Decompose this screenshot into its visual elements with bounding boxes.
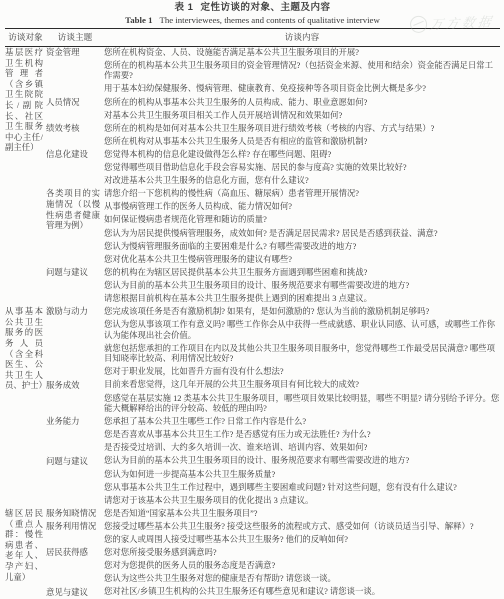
question-cell: 您从事基本公共卫生工作过程中，遇到哪些主要困难或问题? 针对这些问题，您有没有什… [104,481,500,494]
page: 万方数据 表 1定性访谈的对象、主题及内容 Table 1The intervi… [0,0,504,599]
question-cell: 就您包括您承担的工作项目在内以及其他公共卫生服务项目服务中，您觉得哪些工作最受居… [104,342,500,366]
subject-cell: 基层医疗卫生机构管理者（含乡镇卫生院院长/副院长、社区卫生服务中心主任/副主任） [5,46,46,306]
table-row: 信息化建设您觉得本机构的信息化建设做得怎么样? 存在哪些问题、阻碍? [5,149,500,162]
question-cell: 您感觉在基层实施 12 类基本公共卫生服务项目，哪些项目效果比较明显，哪些不明显… [104,392,500,416]
table-title-zh-text: 定性访谈的对象、主题及内容 [200,2,330,13]
question-cell: 如何保证慢病患者规范化管理和随访的质量? [104,214,500,227]
table-row: 各类项目的实施情况（以慢性病患者健康管理为例）请您介绍一下您机构的慢性病（高血压… [5,188,500,201]
theme-cell: 问题与建议 [46,267,104,306]
column-header-content: 访谈内容 [104,29,500,47]
question-cell: 您的家人或周围人接受过哪些基本公共卫生服务? 他们的反响如何? [104,534,500,547]
question-cell: 您认为目前的基本公共卫生服务项目的设计、服务规范要求有哪些需要改进的地方? [104,455,500,468]
question-cell: 您是否喜欢从事基本公共卫生工作? 是否感觉有压力或无法胜任? 为什么? [104,429,500,442]
table-row: 服务利用情况您接受过哪些基本公共卫生服务? 接受这些服务的流程或方式、感受如何（… [5,521,500,534]
theme-cell: 问题与建议 [46,455,104,507]
column-header-theme: 访谈主题 [46,29,104,47]
question-cell: 您所在机构资金、人员、设施能否满足基本公共卫生服务项目的开展? [104,46,500,60]
question-cell: 您对优化基本公共卫生慢病管理服务的建议有哪些? [104,253,500,266]
question-cell: 对基本公共卫生服务项目相关工作人员开展培训情况和效果如何? [104,109,500,122]
theme-cell: 意见与建议 [46,586,104,599]
theme-cell: 各类项目的实施情况（以慢性病患者健康管理为例） [46,188,104,267]
column-header-subject: 访谈对象 [5,29,46,47]
theme-cell: 居民获得感 [46,547,104,586]
question-cell: 您认为您从事该项工作有意义吗? 哪些工作你会从中获得一些成就感、职业认同感、认可… [104,319,500,343]
question-cell: 请您根据目前机构在基本公共卫生服务提供上遇到的困难提出 3 点建议。 [104,293,500,306]
table-row: 业务能力您承担了基本公共卫生哪些工作? 日常工作内容是什么? [5,416,500,429]
theme-cell: 资金管理 [46,46,104,96]
theme-cell: 业务能力 [46,416,104,455]
question-cell: 您觉得哪些项目借助信息化手段会容易实施、居民的参与度高? 实施的效果比较好? [104,162,500,175]
question-cell: 您的机构在为辖区居民提供基本公共卫生服务方面遇到哪些困难和挑战? [104,267,500,280]
table-title-zh: 表 1定性访谈的对象、主题及内容 [5,2,500,14]
table-row: 问题与建议您的机构在为辖区居民提供基本公共卫生服务方面遇到哪些困难和挑战? [5,267,500,280]
theme-cell: 激励与动力 [46,306,104,379]
subject-cell: 辖区居民（重点人群：慢性病患者、老年人、孕产妇、儿童） [5,508,46,599]
table-row: 问题与建议您认为目前的基本公共卫生服务项目的设计、服务规范要求有哪些需要改进的地… [5,455,500,468]
question-cell: 您认为慢病管理服务面临的主要困难是什么? 有哪些需要改进的地方? [104,240,500,253]
table-row: 意见与建议您对社区/乡镇卫生机构的公共卫生服务还有哪些意见和建议? 请您谈一谈。 [5,586,500,599]
table-row: 居民获得感您对您所接受服务感到满意吗? [5,547,500,560]
question-cell: 对改进基本公共卫生服务的信息化方面，您有什么建议? [104,175,500,188]
question-cell: 您是否知道“国家基本公共卫生服务项目”? [104,508,500,521]
question-cell: 您对您所接受服务感到满意吗? [104,547,500,560]
table-title-en-text: The interviewees, themes and contents of… [159,15,379,25]
question-cell: 用于基本妇幼保健服务、慢病管理、健康教育、免疫接种等各项目资金比例大概是多少? [104,83,500,96]
table-number-zh: 表 1 [175,2,194,13]
subject-cell: 从事基本公共卫生服务的医务人员（含全科医生、公共卫生人员、护士） [5,306,46,508]
question-cell: 您承担了基本公共卫生哪些工作? 日常工作内容是什么? [104,416,500,429]
theme-cell: 绩效考核 [46,122,104,148]
table-row: 服务成效目前来看您觉得，这几年开展的公共卫生服务项目有何比较大的成效? [5,379,500,392]
question-cell: 从事慢病管理工作的医务人员构成、能力情况如何? [104,201,500,214]
question-cell: 您对于职业发展，比如晋升方面有没有什么想法? [104,366,500,379]
question-cell: 是否接受过培训、大约多久培训一次、谁来培训、培训内容、效果如何? [104,442,500,455]
question-cell: 您觉得本机构的信息化建设做得怎么样? 存在哪些问题、阻碍? [104,149,500,162]
table-row: 从事基本公共卫生服务的医务人员（含全科医生、公共卫生人员、护士）激励与动力您完成… [5,306,500,319]
table-body: 基层医疗卫生机构管理者（含乡镇卫生院院长/副院长、社区卫生服务中心主任/副主任）… [5,46,500,599]
question-cell: 您对为您提供的医务人员的服务态度是否满意? [104,560,500,573]
theme-cell: 服务成效 [46,379,104,416]
question-cell: 您认为这些公共卫生服务对您的健康是否有帮助? 请您谈一谈。 [104,573,500,586]
question-cell: 您接受过哪些基本公共卫生服务? 接受这些服务的流程或方式、感受如何（访谈员适当引… [104,521,500,534]
table-row: 基层医疗卫生机构管理者（含乡镇卫生院院长/副院长、社区卫生服务中心主任/副主任）… [5,46,500,60]
interview-table: 访谈对象 访谈主题 访谈内容 基层医疗卫生机构管理者（含乡镇卫生院院长/副院长、… [5,28,500,599]
question-cell: 您所在的机构是如何对基本公共卫生服务项目进行绩效考核（考核的内容、方式与结果）? [104,122,500,135]
table-number-en: Table 1 [125,15,152,25]
question-cell: 您对社区/乡镇卫生机构的公共卫生服务还有哪些意见和建议? 请您谈一谈。 [104,586,500,599]
table-header-row: 访谈对象 访谈主题 访谈内容 [5,29,500,47]
question-cell: 您所在的机构从事基本公共卫生服务的人员构成、能力、职业意愿如何? [104,96,500,109]
question-cell: 您所在的机构基本公共卫生服务项目的资金管理情况?（包括资金来源、使用和结余）资金… [104,60,500,84]
question-cell: 您认为目前的基本公共卫生服务项目的设计、服务规范要求有哪些需要改进的地方? [104,280,500,293]
question-cell: 请您介绍一下您机构的慢性病（高血压、糖尿病）患者管理开展情况? [104,188,500,201]
theme-cell: 信息化建设 [46,149,104,188]
question-cell: 目前来看您觉得，这几年开展的公共卫生服务项目有何比较大的成效? [104,379,500,392]
table-row: 辖区居民（重点人群：慢性病患者、老年人、孕产妇、儿童）服务知晓情况您是否知道“国… [5,508,500,521]
table-title-en: Table 1The interviewees, themes and cont… [5,14,500,26]
question-cell: 您认为为居民提供慢病管理服务，成效如何? 是否满足居民需求? 居民是否感到获益、… [104,227,500,240]
table-row: 绩效考核您所在的机构是如何对基本公共卫生服务项目进行绩效考核（考核的内容、方式与… [5,122,500,135]
theme-cell: 人员情况 [46,96,104,122]
question-cell: 您完成该项任务是否有激励机制? 如果有，是如何激励的? 您认为当前的激励机制足够… [104,306,500,319]
theme-cell: 服务知晓情况 [46,508,104,521]
question-cell: 请您对于该基本公共卫生服务项目的优化提出 3 点建议。 [104,494,500,507]
table-row: 人员情况您所在的机构从事基本公共卫生服务的人员构成、能力、职业意愿如何? [5,96,500,109]
theme-cell: 服务利用情况 [46,521,104,547]
question-cell: 您认为如何进一步提高基本公共卫生服务质量? [104,468,500,481]
question-cell: 您所在机构对从事基本公共卫生服务人员是否有相应的监管和激励机制? [104,136,500,149]
